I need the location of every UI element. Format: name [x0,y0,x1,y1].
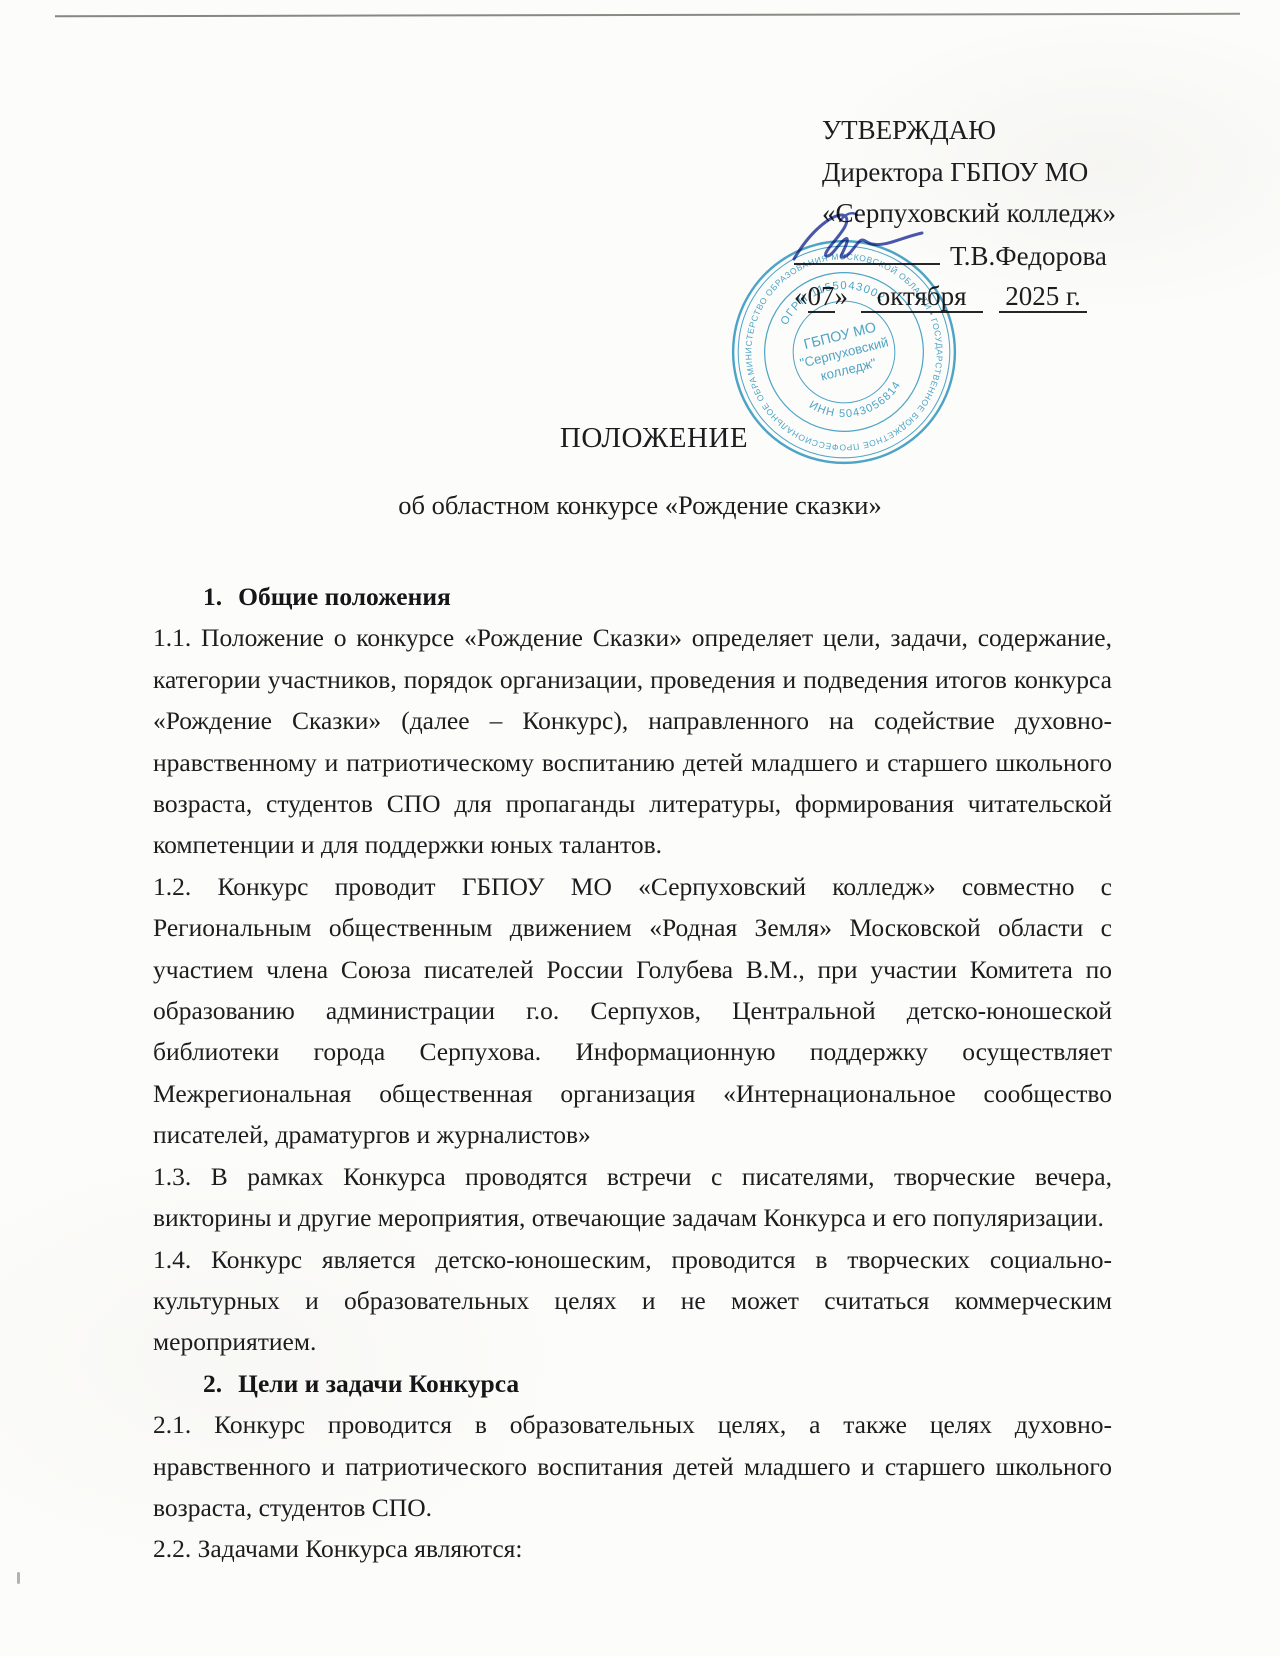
paragraph-2-1: 2.1. Конкурс проводится в образовательны… [153,1404,1112,1528]
section-number: 1. [203,576,222,617]
stamp-center-line2: "Серпуховский [798,334,890,370]
signatory-name: Т.В.Федорова [950,241,1107,271]
section-title: Общие положения [238,582,451,611]
paragraph-1-1: 1.1. Положение о конкурсе «Рождение Сказ… [153,617,1112,865]
date-quote-open: « [794,281,808,311]
section-heading-1: 1.Общие положения [153,576,1112,617]
scanner-artifact-mark [17,1572,20,1584]
paragraph-1-2: 1.2. Конкурс проводит ГБПОУ МО «Серпухов… [153,866,1112,1156]
signature-line [794,235,940,265]
approval-position: Директора ГБПОУ МО [822,152,1116,194]
stamp-center-line3: колледж" [819,355,878,383]
document-subtitle: об областном конкурсе «Рождение сказки» [0,490,1280,521]
section-heading-2: 2.Цели и задачи Конкурса [153,1363,1112,1404]
document-title: ПОЛОЖЕНИЕ [0,422,1280,455]
document-body: 1.Общие положения 1.1. Положение о конку… [153,576,1112,1570]
signature-stroke [794,214,922,258]
section-number: 2. [203,1363,222,1404]
paragraph-2-2: 2.2. Задачами Конкурса являются: [153,1528,1112,1569]
date-quote-close: » [835,281,849,311]
signature-row: Т.В.Федорова [794,235,1116,277]
approval-word: УТВЕРЖДАЮ [822,110,1116,152]
date-year: 2025 г. [999,281,1087,313]
paragraph-1-3: 1.3. В рамках Конкурса проводятся встреч… [153,1156,1112,1239]
date-day: 07 [808,281,835,313]
date-month: октября [861,281,983,313]
approval-block: УТВЕРЖДАЮ Директора ГБПОУ МО «Серпуховск… [822,110,1116,318]
signature-scribble [788,205,940,271]
approval-date: «07» октября 2025 г. [794,276,1116,318]
scanner-artifact-line [55,13,1240,17]
paragraph-1-4: 1.4. Конкурс является детско-юношеским, … [153,1239,1112,1363]
section-title: Цели и задачи Конкурса [238,1369,519,1398]
stamp-center-line1: ГБПОУ МО [802,320,878,353]
